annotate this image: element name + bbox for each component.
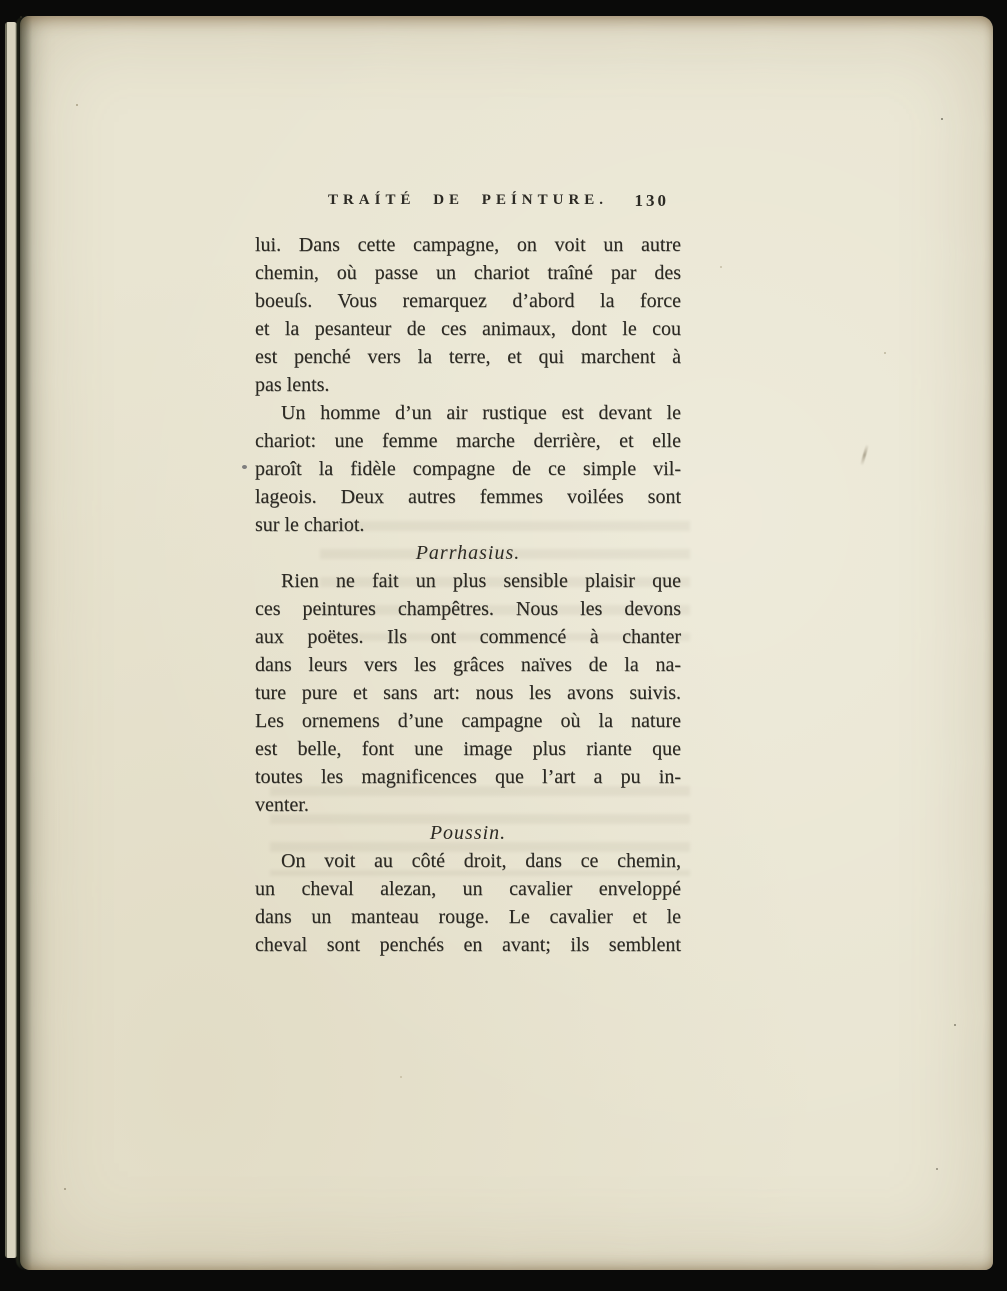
text-line: ces peintures champêtres. Nous les devon… (255, 595, 681, 623)
text-line: toutes les magnificences que l’art a pu … (255, 763, 681, 791)
running-header: TRAÍTÉ DE PEÍNTURE. 130 (255, 192, 681, 216)
margin-pencil-mark (860, 444, 869, 466)
text-block: lui. Dans cette campagne, on voit un aut… (255, 231, 681, 959)
section-heading: Poussin. (255, 819, 681, 847)
text-line: venter. (255, 791, 681, 819)
section-heading: Parrhasius. (255, 539, 681, 567)
running-header-title: TRAÍTÉ DE PEÍNTURE. (255, 192, 681, 209)
page-number: 130 (635, 191, 670, 211)
text-line: boeuſs. Vous remarquez d’abord la force (255, 287, 681, 315)
text-line: et la pesanteur de ces animaux, dont le … (255, 315, 681, 343)
text-line: Un homme d’un air rustique est devant le (281, 399, 681, 427)
text-line: lageois. Deux autres femmes voilées sont (255, 483, 681, 511)
scanned-book-spread: { "document": { "running_header": { "tit… (0, 0, 1007, 1291)
text-line: Rien ne fait un plus sensible plaisir qu… (281, 567, 681, 595)
book-page: TRAÍTÉ DE PEÍNTURE. 130 lui. Dans cette … (20, 16, 993, 1270)
text-line: pas lents. (255, 371, 681, 399)
text-line: chemin, où passe un chariot traîné par d… (255, 259, 681, 287)
text-line: est belle, font une image plus riante qu… (255, 735, 681, 763)
text-line: chariot: une femme marche derrière, et e… (255, 427, 681, 455)
gutter-crease (16, 16, 32, 1270)
text-line: sur le chariot. (255, 511, 681, 539)
text-line: dans leurs vers les grâces naïves de la … (255, 651, 681, 679)
paper-specks (20, 16, 22, 18)
text-line: lui. Dans cette campagne, on voit un aut… (255, 231, 681, 259)
text-line: est penché vers la terre, et qui marchen… (255, 343, 681, 371)
text-line: paroît la fidèle compagne de ce simple v… (255, 455, 681, 483)
text-line: cheval sont penchés en avant; ils semble… (255, 931, 681, 959)
text-line: dans un manteau rouge. Le cavalier et le (255, 903, 681, 931)
text-line: Les ornemens d’une campagne où la nature (255, 707, 681, 735)
margin-ink-dot (242, 465, 247, 469)
text-line: un cheval alezan, un cavalier enveloppé (255, 875, 681, 903)
text-line: On voit au côté droit, dans ce chemin, (281, 847, 681, 875)
text-line: ture pure et sans art: nous les avons su… (255, 679, 681, 707)
text-line: aux poëtes. Ils ont commencé à chanter (255, 623, 681, 651)
